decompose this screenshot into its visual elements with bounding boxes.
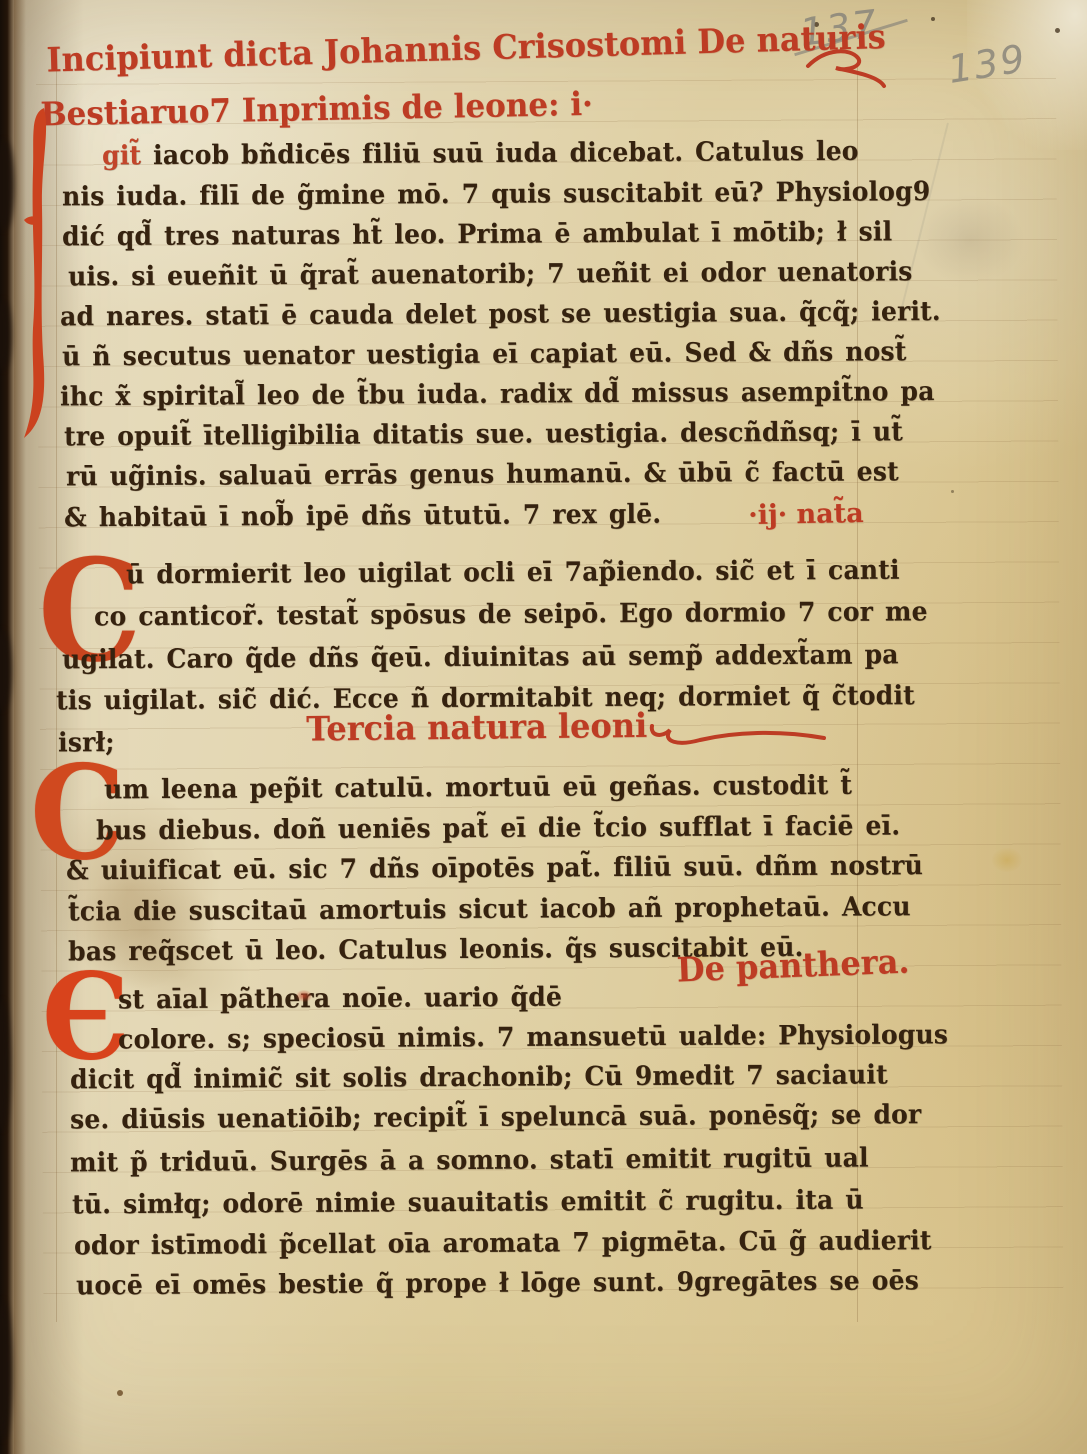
text-line-content: iacob bñdicēs filiū suū iuda dicebat. Ca…	[153, 135, 859, 170]
initial-igitur-icon	[10, 104, 62, 444]
text-line: dić qd̃ tres naturas ht̃ leo. Prima ē am…	[62, 216, 892, 252]
speck	[117, 1390, 123, 1396]
prick-mark	[1055, 28, 1060, 33]
text-line: colore. s; speciosū nimis. 7 mansuetū ua…	[118, 1019, 948, 1055]
rubric-flourish	[648, 712, 828, 752]
text-line: git̃ iacob bñdicēs filiū suū iuda diceba…	[102, 135, 859, 170]
text-line: ū ñ secutus uenator uestigia eī capiat e…	[62, 336, 907, 372]
text-line: & habitaū ī nob̃ ipē dñs ūtutū. 7 rex gl…	[64, 498, 661, 532]
text-line: tū. simłq; odorē nimie suauitatis emitit…	[72, 1184, 864, 1220]
prick-mark	[931, 17, 935, 21]
text-line: uis. si eueñit ū q̃rat̃ auenatorib; 7 ue…	[68, 256, 913, 292]
text-line: t̃cia die suscitaū amortuis sicut iacob …	[68, 891, 911, 927]
text-line: nis iuda. filī de g̃mine mō. 7 quis susc…	[62, 176, 930, 212]
text-line: um leena pep̃it catulū. mortuū eū geñas.…	[104, 769, 852, 804]
text-line: ihc x̃ spirital̃ leo de t̃bu iuda. radix…	[60, 376, 935, 412]
text-line: uocē eī omēs bestie q̃ prope ł lōge sunt…	[76, 1265, 919, 1301]
text-line: ū dormierit leo uigilat ocli eī 7ap̃iend…	[126, 554, 900, 589]
incipit-heading-line1: Incipiunt dicta Johannis Crisostomi De n…	[46, 17, 886, 80]
text-line: & uiuificat eū. sic 7 dñs oīpotēs pat̃. …	[66, 850, 923, 886]
initial-est-animal: Є	[42, 958, 130, 1077]
text-line: mit p̃ triduū. Surgēs ā a somno. statī e…	[70, 1142, 869, 1178]
text-line: ad nares. statī ē cauda delet post se ue…	[60, 296, 941, 332]
text-line: rū ug̃inis. saluaū errās genus humanū. &…	[66, 456, 899, 492]
text-line: bus diebus. doñ ueniēs pat̃ eī die t̃cio…	[96, 810, 900, 846]
text-line: dicit qd̃ inimic̃ sit solis drachonib; C…	[70, 1059, 888, 1095]
rubric-third-nature: Tercia natura leoni	[306, 705, 647, 748]
rubricated-word: git̃	[102, 140, 153, 171]
heading-flourish	[806, 46, 886, 88]
text-line: co canticor̃. testat̃ spōsus de seipō. E…	[94, 596, 928, 632]
text-line: st aīal pãthera noīe. uario q̃dē	[118, 981, 562, 1014]
text-line: se. diūsis uenatiōib; recipit̃ ī spelunc…	[70, 1099, 921, 1135]
text-line: odor istīmodi p̃cellat oīa aromata 7 pig…	[74, 1225, 932, 1261]
text-line: ugilat. Caro q̃de dñs q̃eū. diuinitas aū…	[62, 639, 899, 675]
text-line: tre opuit̃ ītelligibilia ditatis sue. ue…	[64, 416, 903, 452]
speck	[951, 490, 954, 493]
text-line: isrł;	[58, 727, 115, 758]
manuscript-page: { "folio": { "struck_number": "137", "nu…	[0, 0, 1087, 1454]
rubric-second-nature: ·ij· nat̃a	[748, 498, 864, 531]
